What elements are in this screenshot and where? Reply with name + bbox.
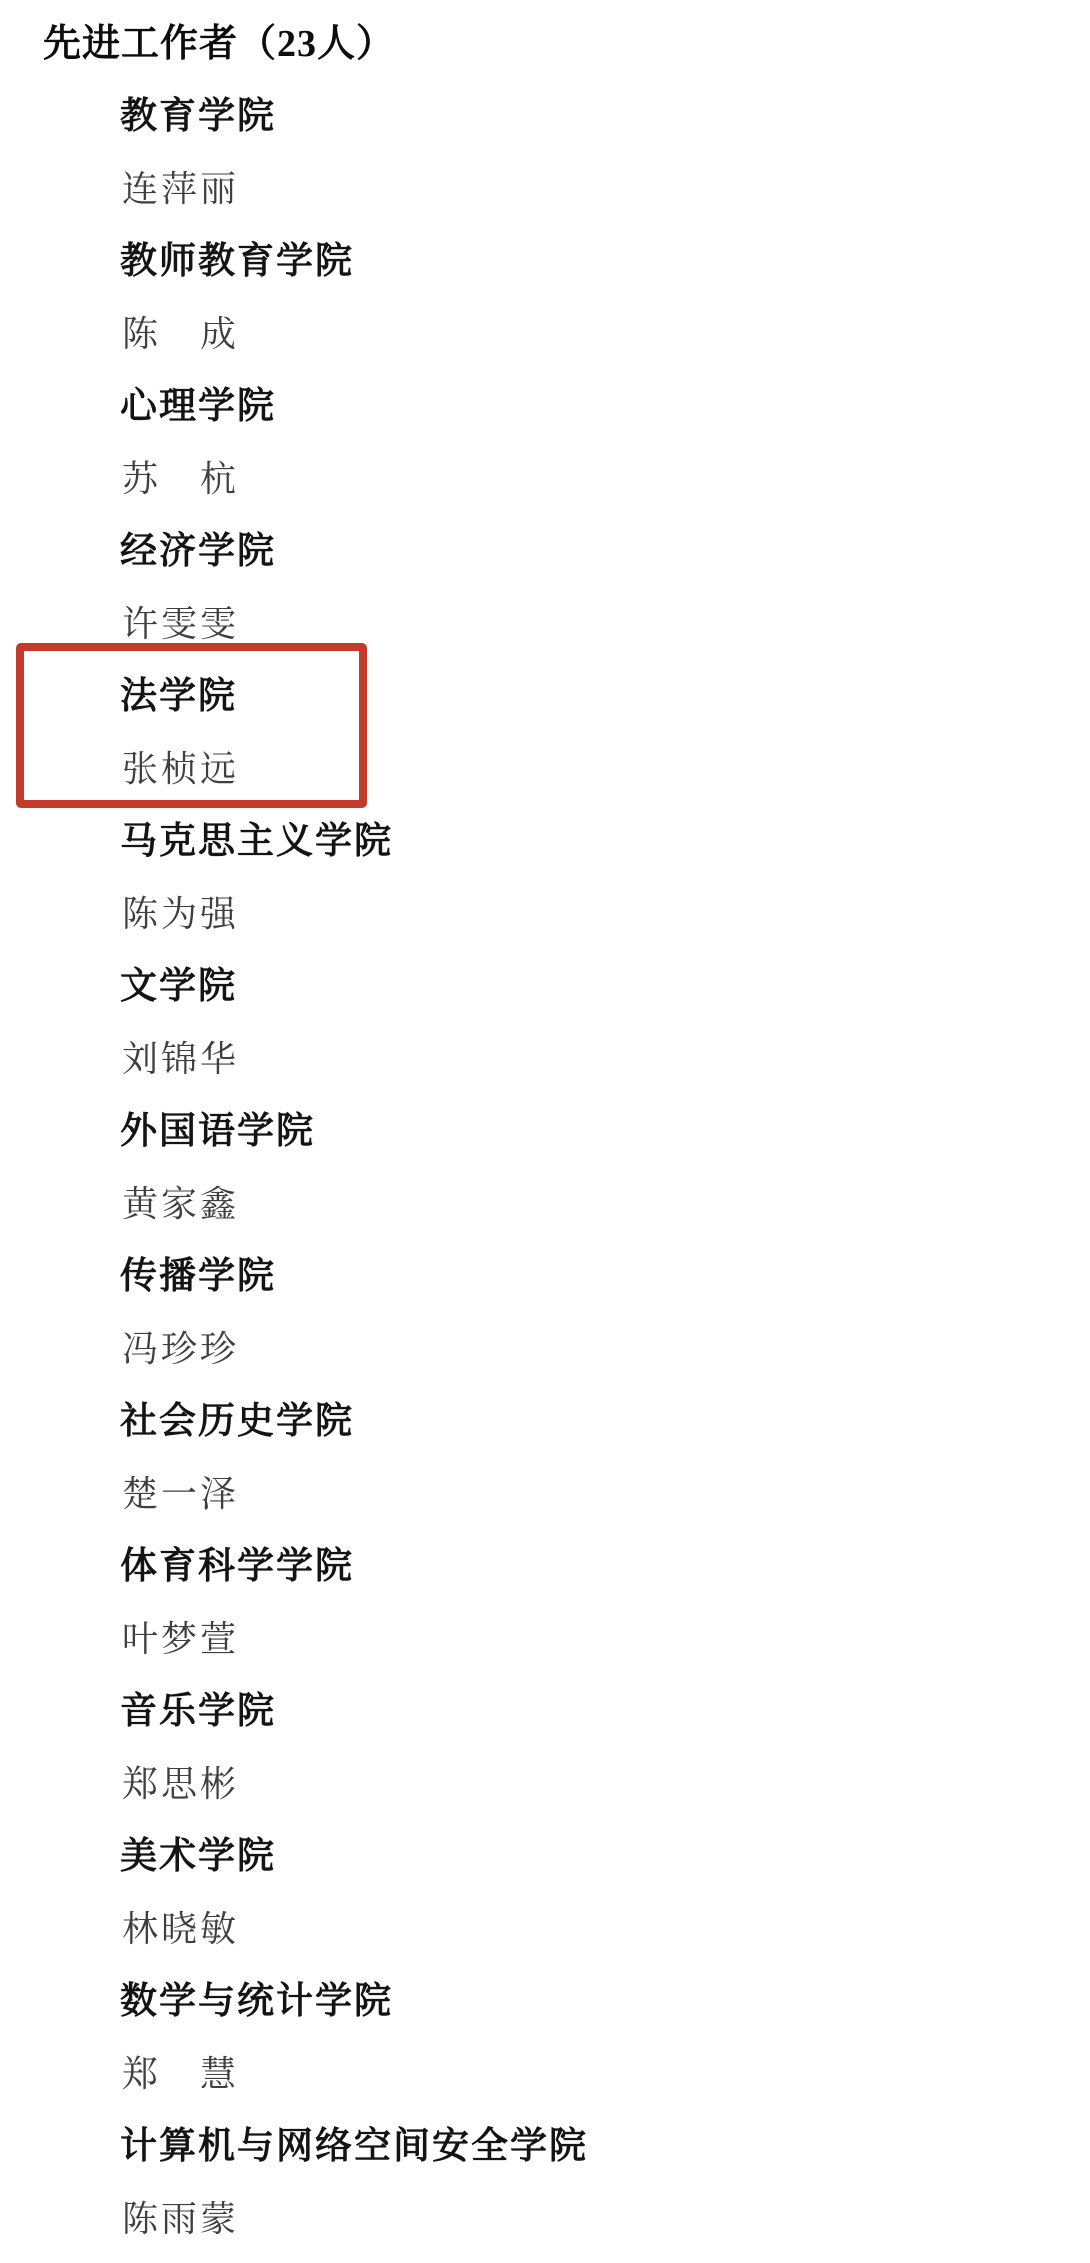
college-heading: 法学院: [0, 661, 1090, 734]
person-name: 冯珍珍: [0, 1313, 1090, 1386]
college-heading: 心理学院: [0, 371, 1090, 444]
person-name: 苏 杭: [0, 443, 1090, 516]
college-heading: 传播学院: [0, 1241, 1090, 1314]
awardee-list: 教育学院连萍丽教师教育学院陈 成心理学院苏 杭经济学院许雯雯法学院张桢远马克思主…: [0, 81, 1090, 2256]
document-page: 先进工作者（23人） 教育学院连萍丽教师教育学院陈 成心理学院苏 杭经济学院许雯…: [0, 0, 1090, 2263]
person-name: 叶梦萱: [0, 1603, 1090, 1676]
college-heading: 社会历史学院: [0, 1386, 1090, 1459]
college-heading: 体育科学学院: [0, 1531, 1090, 1604]
college-heading: 教育学院: [0, 81, 1090, 154]
person-name: 陈 成: [0, 298, 1090, 371]
college-heading: 教师教育学院: [0, 226, 1090, 299]
person-name: 许雯雯: [0, 588, 1090, 661]
college-heading: 音乐学院: [0, 1676, 1090, 1749]
college-heading: 数学与统计学院: [0, 1966, 1090, 2039]
college-heading: 马克思主义学院: [0, 806, 1090, 879]
person-name: 黄家鑫: [0, 1168, 1090, 1241]
person-name: 张桢远: [0, 733, 1090, 806]
person-name: 陈为强: [0, 878, 1090, 951]
college-heading: 经济学院: [0, 516, 1090, 589]
person-name: 林晓敏: [0, 1893, 1090, 1966]
college-heading: 外国语学院: [0, 1096, 1090, 1169]
college-heading: 计算机与网络空间安全学院: [0, 2111, 1090, 2184]
person-name: 连萍丽: [0, 153, 1090, 226]
person-name: 刘锦华: [0, 1023, 1090, 1096]
person-name: 陈雨蒙: [0, 2183, 1090, 2256]
college-heading: 美术学院: [0, 1821, 1090, 1894]
person-name: 郑 慧: [0, 2038, 1090, 2111]
college-heading: 文学院: [0, 951, 1090, 1024]
person-name: 郑思彬: [0, 1748, 1090, 1821]
person-name: 楚一泽: [0, 1458, 1090, 1531]
page-title: 先进工作者（23人）: [0, 8, 1090, 81]
